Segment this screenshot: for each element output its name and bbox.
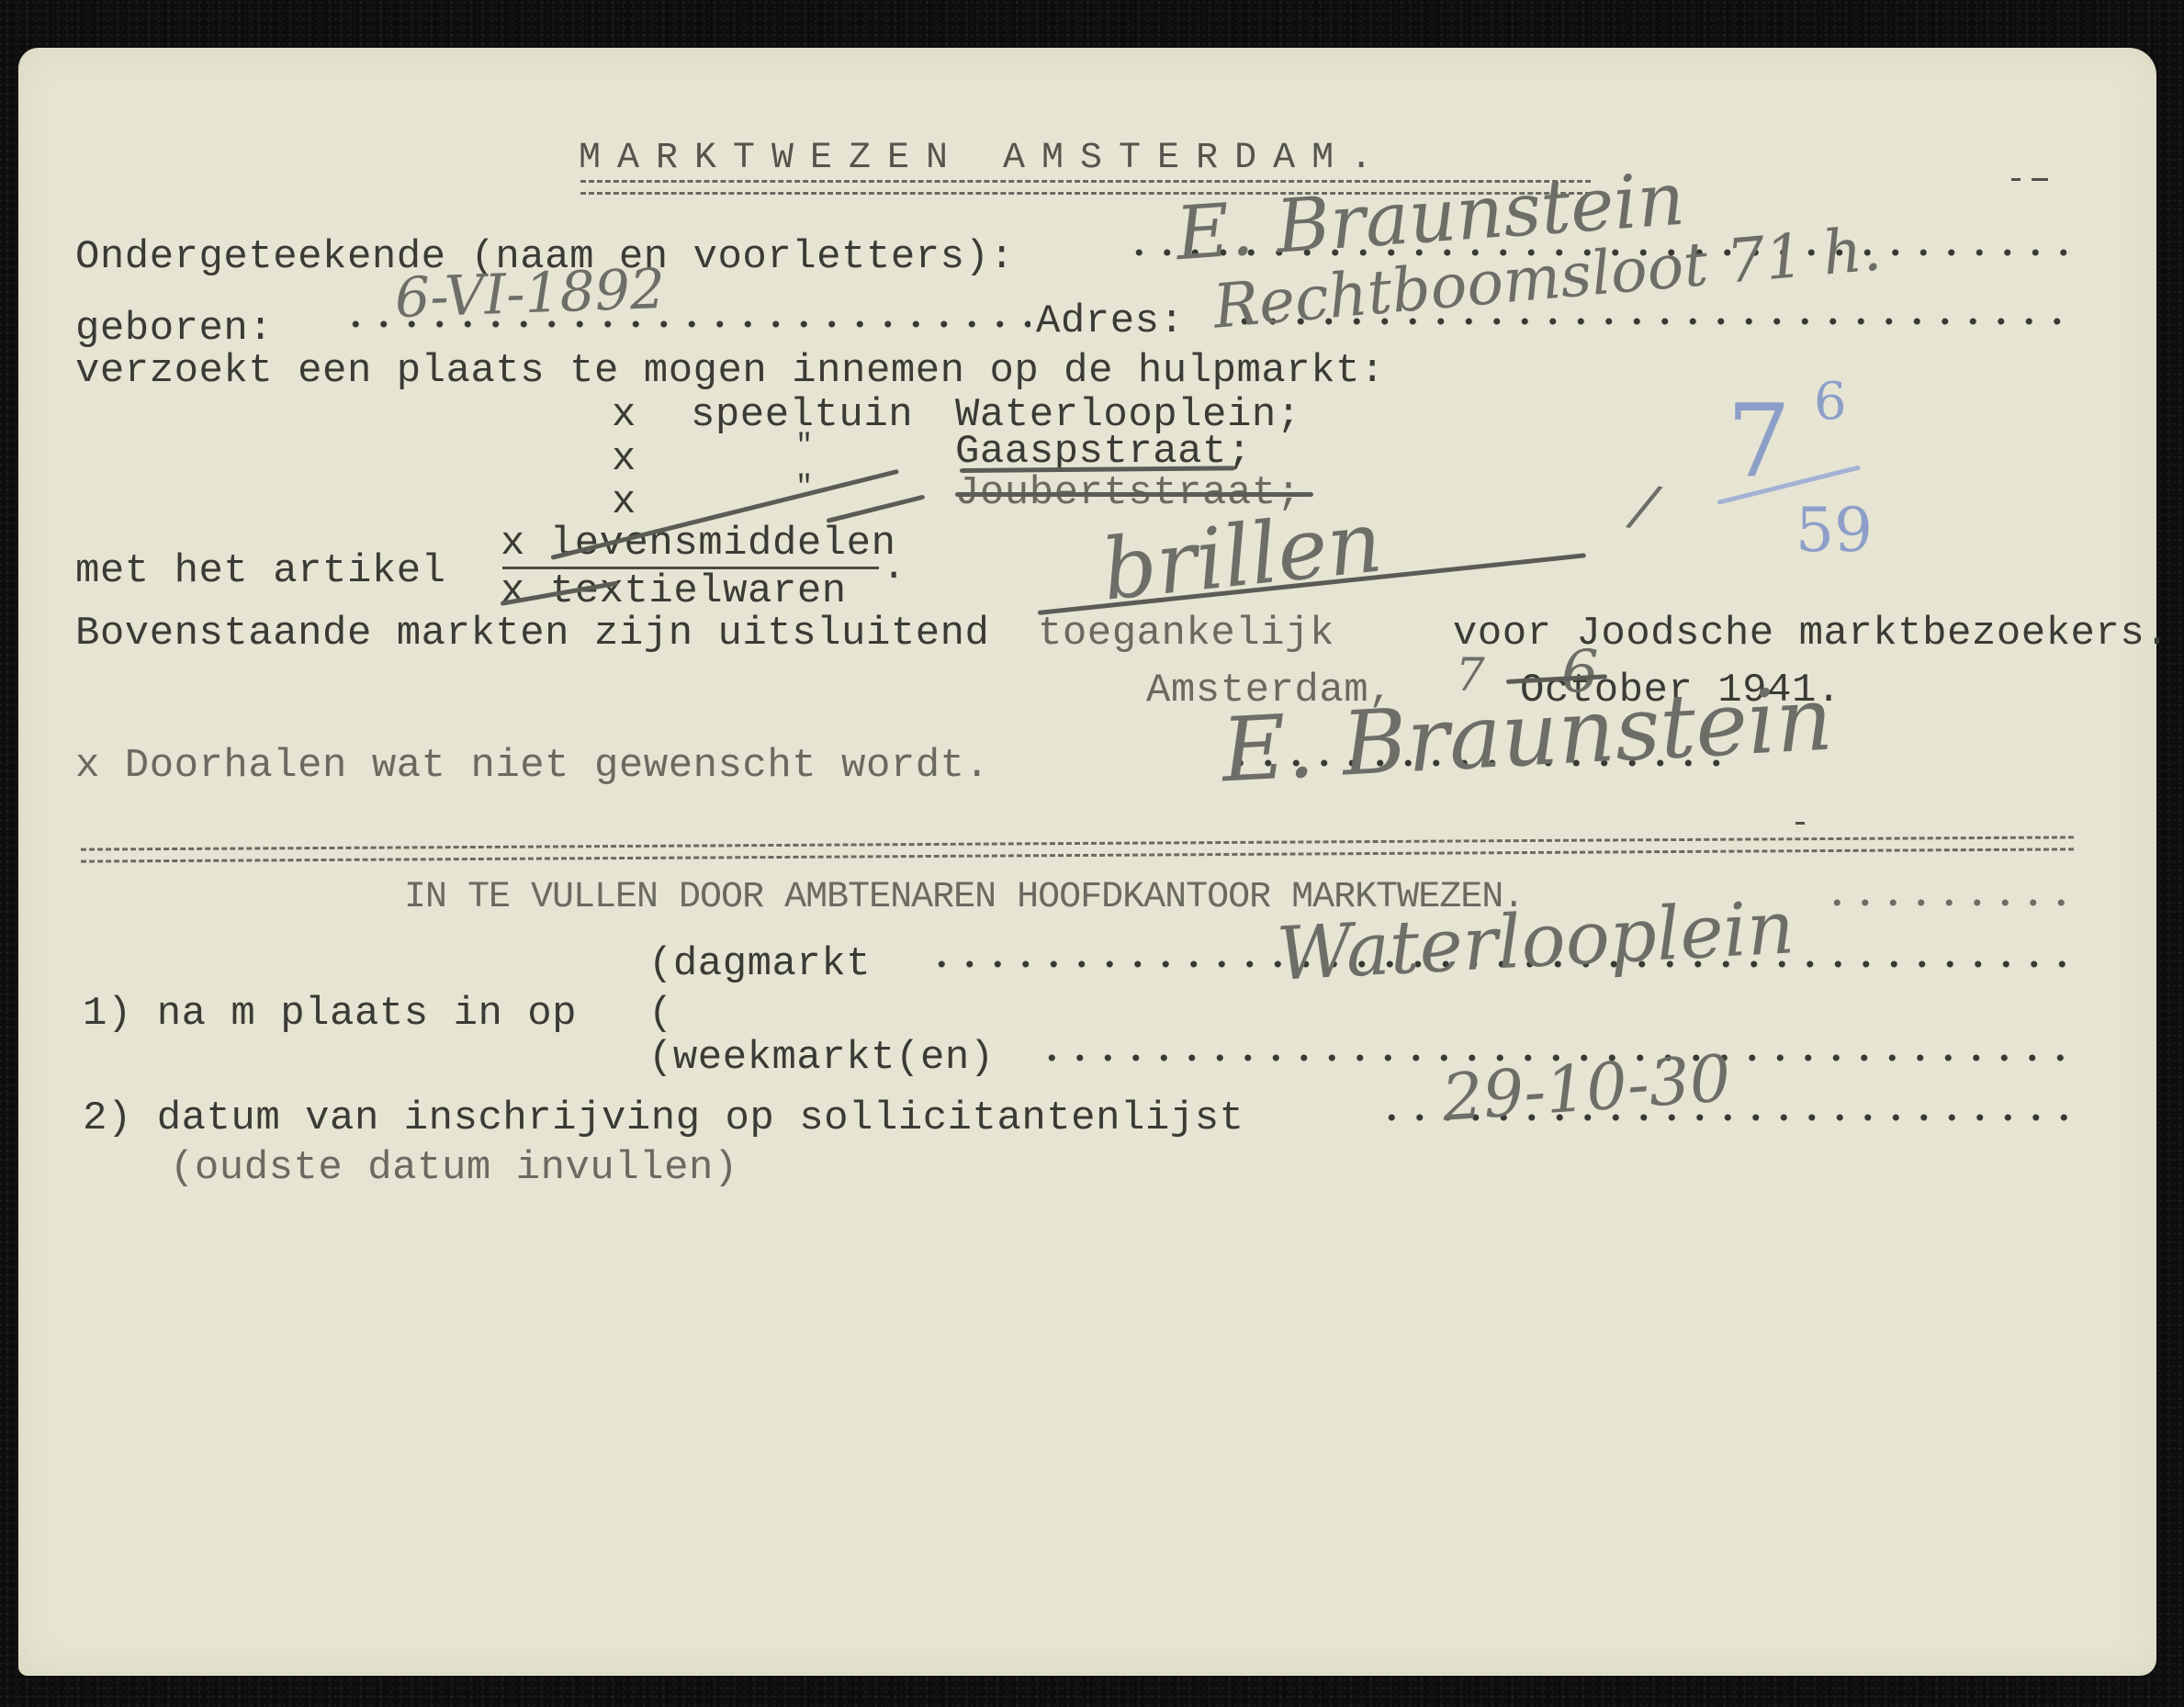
notice-text-part1: Bovenstaande markten zijn uitsluitend [75, 613, 1014, 654]
document-paper [18, 48, 2156, 1676]
blue-number-sup: 6 [1814, 376, 1847, 428]
item-1-label: 1) na m plaats in op [83, 994, 577, 1034]
born-label: geboren: [75, 309, 273, 349]
notice-text-struck: toegankelijk [1038, 613, 1334, 654]
market-mark: x [612, 439, 636, 479]
bracket: ( [648, 994, 673, 1034]
ditto-mark: " [795, 432, 814, 461]
strikethrough [955, 492, 1313, 497]
blue-number-sub: 59 [1796, 500, 1873, 561]
article-label: met het artikel [75, 551, 446, 591]
dagmarkt-label: (dagmarkt [648, 944, 871, 984]
weekmarkt-label: (weekmarkt(en) [648, 1038, 995, 1078]
blue-number-main: 7 [1727, 390, 1791, 491]
market-mark: x [612, 395, 636, 435]
document-title: MARKTWEZEN AMSTERDAM. [579, 138, 1389, 179]
handwritten-registration-date: 29-10-30 [1440, 1046, 1733, 1130]
footnote: x Doorhalen wat niet gewenscht wordt. [75, 746, 989, 786]
market-mark: x [612, 482, 636, 522]
stray-mark [2032, 178, 2048, 181]
notice-text-part3: voor Joodsche marktbezoekers. [1428, 613, 2169, 654]
address-label: Adres: [1036, 301, 1184, 342]
item-2-note: (oudste datum invullen) [170, 1148, 738, 1188]
stray-mark [1796, 822, 1805, 825]
item-2-label: 2) datum van inschrijving op sollicitant… [83, 1098, 1244, 1139]
request-text: verzoekt een plaats te mogen innemen op … [75, 351, 1385, 391]
stray-mark [2011, 178, 2021, 181]
handwritten-birthdate: 6-VI-1892 [394, 262, 666, 326]
article-period: . [882, 547, 906, 588]
header-trailing-dots [1823, 898, 2071, 907]
